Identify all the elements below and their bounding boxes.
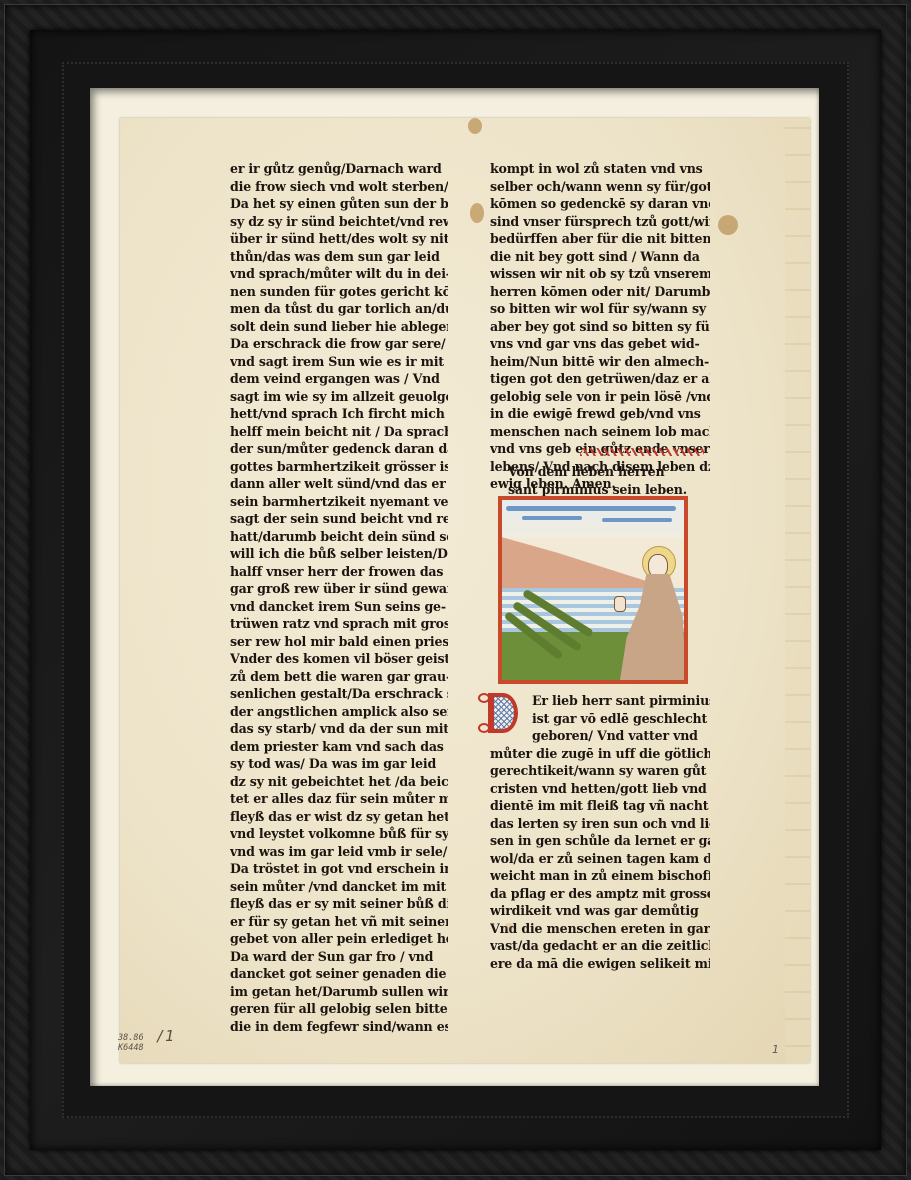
text-line: er ir gůtz genůg/Darnach ward xyxy=(230,160,448,178)
text-line: helff mein beicht nit / Da sprach xyxy=(230,423,448,441)
text-line: im getan het/Darumb sullen wir xyxy=(230,983,448,1001)
text-line: will ich die bůß selber leisten/Da xyxy=(230,545,448,563)
text-line: geboren/ Vnd vatter vnd xyxy=(490,727,710,745)
text-line: die nit bey gott sind / Wann da xyxy=(490,248,710,266)
text-line: ist gar vō edlē geschlecht xyxy=(490,710,710,728)
text-line: das sy starb/ vnd da der sun mit xyxy=(230,720,448,738)
stain-spot xyxy=(468,118,482,134)
text-line: solt dein sund lieber hie ablegen/ xyxy=(230,318,448,336)
text-line: dientē im mit fleiß tag vñ nacht xyxy=(490,797,710,815)
text-line: in die ewigē frewd geb/vnd vns xyxy=(490,405,710,423)
cloud-icon xyxy=(522,516,582,520)
text-line: vnd dancket irem Sun seins ge- xyxy=(230,598,448,616)
text-line: hatt/darumb beicht dein sünd so xyxy=(230,528,448,546)
text-line: sein barmhertzikeit nyemant ver- xyxy=(230,493,448,511)
text-line: sein můter /vnd dancket im mit xyxy=(230,878,448,896)
text-line: sagt im wie sy im allzeit geuolget xyxy=(230,388,448,406)
text-line: men da tůst du gar torlich an/du xyxy=(230,300,448,318)
text-line: gar groß rew über ir sünd gewan xyxy=(230,580,448,598)
text-line: kōmen so gedenckē sy daran vnd xyxy=(490,195,710,213)
text-line: aber bey got sind so bitten sy für xyxy=(490,318,710,336)
text-line: hett/vnd sprach Ich fircht mich xyxy=(230,405,448,423)
text-line: dem priester kam vnd sach das xyxy=(230,738,448,756)
text-line: Vnd die menschen ereten in gar xyxy=(490,920,710,938)
text-line: geren für all gelobig selen bitten xyxy=(230,1000,448,1018)
page-edge-wear xyxy=(785,118,810,1063)
text-line: die in dem fegfewr sind/wann es xyxy=(230,1018,448,1036)
text-line: wirdikeit vnd was gar demůtig xyxy=(490,902,710,920)
picture-frame: er ir gůtz genůg/Darnach warddie frow si… xyxy=(0,0,911,1180)
text-line: nen sunden für gotes gericht kō- xyxy=(230,283,448,301)
folio-number: 1 xyxy=(772,1043,779,1056)
text-line: Da het sy einen gůten sun der bat xyxy=(230,195,448,213)
text-line: Da ward der Sun gar fro / vnd xyxy=(230,948,448,966)
woodcut-illustration xyxy=(498,496,688,684)
inventory-number: 38.86 xyxy=(118,1033,144,1043)
text-line: da pflag er des amptz mit grosser xyxy=(490,885,710,903)
text-line: trüwen ratz vnd sprach mit gros- xyxy=(230,615,448,633)
text-line: sind vnser fürsprech tzů gott/wir xyxy=(490,213,710,231)
text-line: Da tröstet in got vnd erschein im xyxy=(230,860,448,878)
heading-line-1: Von dem lieben herren xyxy=(508,463,708,481)
text-line: sy tod was/ Da was im gar leid xyxy=(230,755,448,773)
text-line: Vnder des komen vil böser geist xyxy=(230,650,448,668)
text-line: selber och/wann wenn sy für/got xyxy=(490,178,710,196)
text-line: vast/da gedacht er an die zeitlichē xyxy=(490,937,710,955)
chapter-heading: Von dem lieben herren sant pirminius sei… xyxy=(508,463,708,498)
text-line: sagt der sein sund beicht vnd rew xyxy=(230,510,448,528)
text-line: zů dem bett die waren gar grau- xyxy=(230,668,448,686)
text-line: so bitten wir wol für sy/wann sy xyxy=(490,300,710,318)
stain-spot xyxy=(470,203,484,223)
manuscript-leaf: er ir gůtz genůg/Darnach warddie frow si… xyxy=(120,118,810,1063)
text-line: die frow siech vnd wolt sterben/ xyxy=(230,178,448,196)
rubric-line-filler xyxy=(580,448,704,456)
text-line: dem veind ergangen was / Vnd xyxy=(230,370,448,388)
text-line: Er lieb herr sant pirminius xyxy=(490,692,710,710)
text-line: vnd sprach/můter wilt du in dei- xyxy=(230,265,448,283)
text-line: fleyß das er wist dz sy getan het/ xyxy=(230,808,448,826)
text-line: der angstlichen amplick also sere xyxy=(230,703,448,721)
inventory-slash: /1 xyxy=(156,1031,174,1041)
text-line: über ir sünd hett/des wolt sy nit xyxy=(230,230,448,248)
text-line: dz sy nit gebeichtet het /da beich- xyxy=(230,773,448,791)
text-line: dancket got seiner genaden die er xyxy=(230,965,448,983)
text-line: dann aller welt sünd/vnd das er xyxy=(230,475,448,493)
text-line: ere da mā die ewigen selikeit mit xyxy=(490,955,710,973)
text-line: vnd sagt irem Sun wie es ir mit xyxy=(230,353,448,371)
text-line: wissen wir nit ob sy tzů vnserem xyxy=(490,265,710,283)
text-line: gelobig sele von ir pein lösē /vnd xyxy=(490,388,710,406)
text-line: thůn/das was dem sun gar leid xyxy=(230,248,448,266)
text-line: wol/da er zů seinen tagen kam da xyxy=(490,850,710,868)
cloud-icon xyxy=(602,518,672,522)
text-line: er für sy getan het vñ mit seinem xyxy=(230,913,448,931)
right-text-column-lower: Er lieb herr sant pirminiusist gar vō ed… xyxy=(490,692,710,972)
text-line: ser rew hol mir bald einen priester xyxy=(230,633,448,651)
text-line: sen in gen schůle da lernet er gar xyxy=(490,832,710,850)
text-line: vns vnd gar vns das gebet wid- xyxy=(490,335,710,353)
text-line: senlichen gestalt/Da erschrack sy xyxy=(230,685,448,703)
text-line: heim/Nun bittē wir den almech- xyxy=(490,353,710,371)
text-line: bedürffen aber für die nit bitten xyxy=(490,230,710,248)
text-line: gottes barmhertzikeit grösser ist xyxy=(230,458,448,476)
text-line: weicht man in zů einem bischoff/ xyxy=(490,867,710,885)
text-line: vnd leystet volkomne bůß für sy xyxy=(230,825,448,843)
text-line: der sun/můter gedenck daran daz xyxy=(230,440,448,458)
praying-hands-icon xyxy=(614,596,626,612)
text-line: sy dz sy ir sünd beichtet/vnd rew xyxy=(230,213,448,231)
inventory-code: K6448 xyxy=(118,1043,144,1053)
text-line: gerechtikeit/wann sy waren gůt xyxy=(490,762,710,780)
text-line: můter die zugē in uff die götlich xyxy=(490,745,710,763)
text-line: Da erschrack die frow gar sere/ xyxy=(230,335,448,353)
text-line: herren kōmen oder nit/ Darumb xyxy=(490,283,710,301)
inventory-annotation: 38.86 K6448 /1 xyxy=(118,1033,144,1053)
text-line: vnd was im gar leid vmb ir sele/ xyxy=(230,843,448,861)
right-text-column-upper: kompt in wol zů staten vnd vnsselber och… xyxy=(490,160,710,493)
text-line: menschen nach seinem lob mach/ xyxy=(490,423,710,441)
text-line: gebet von aller pein erlediget het xyxy=(230,930,448,948)
stain-spot xyxy=(718,215,738,235)
text-line: halff vnser herr der frowen das sy xyxy=(230,563,448,581)
cloud-icon xyxy=(506,506,676,511)
text-line: tet er alles daz für sein můter mit xyxy=(230,790,448,808)
text-line: cristen vnd hetten/gott lieb vnd xyxy=(490,780,710,798)
text-line: tigen got den getrüwen/daz er all xyxy=(490,370,710,388)
text-line: kompt in wol zů staten vnd vns xyxy=(490,160,710,178)
text-line: fleyß das er sy mit seiner bůß die xyxy=(230,895,448,913)
text-line: das lerten sy iren sun och vnd lies xyxy=(490,815,710,833)
stain-spot xyxy=(505,923,513,931)
left-text-column: er ir gůtz genůg/Darnach warddie frow si… xyxy=(230,160,448,1035)
